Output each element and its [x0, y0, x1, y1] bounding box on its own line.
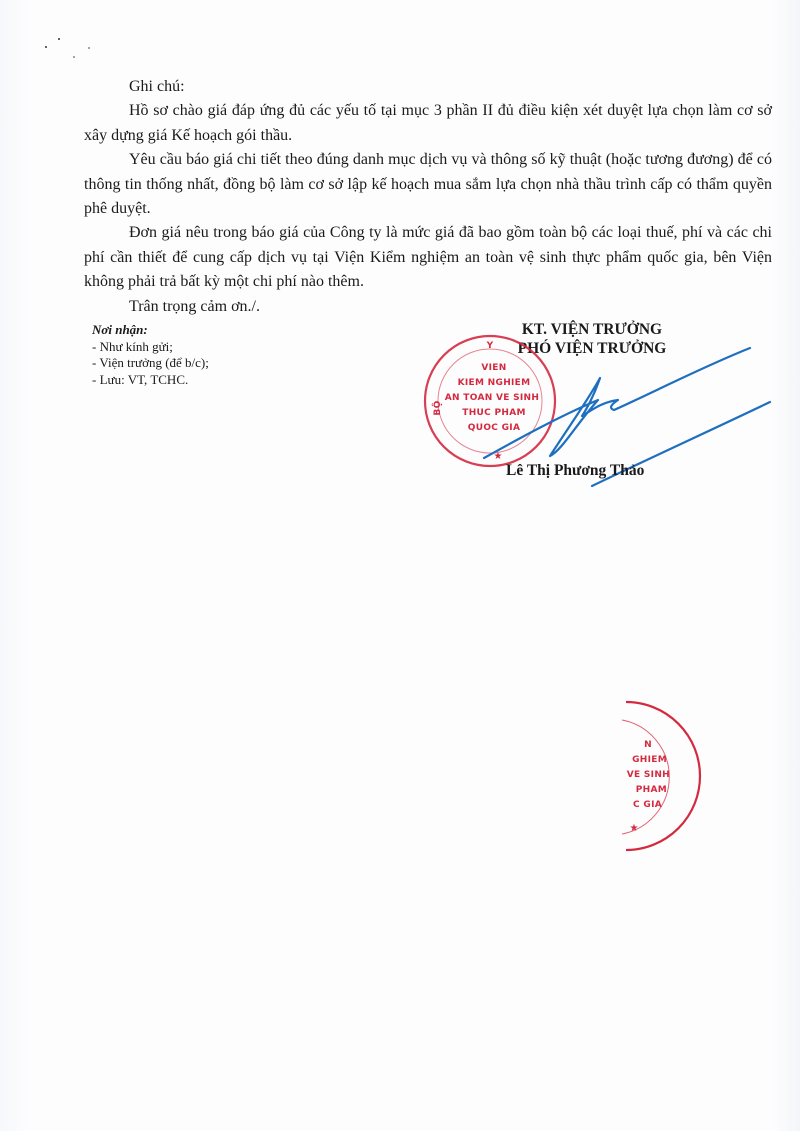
svg-text:VIEN: VIEN	[481, 363, 506, 373]
paragraph-quotation-request: Yêu cầu báo giá chi tiết theo đúng danh …	[84, 148, 772, 221]
paragraph-pricing: Đơn giá nêu trong báo giá của Công ty là…	[84, 221, 772, 294]
paragraph-eligibility: Hồ sơ chào giá đáp ứng đủ các yếu tố tại…	[84, 99, 772, 148]
note-title: Ghi chú:	[129, 75, 772, 99]
page-seal-stamp-icon: N GHIEM VE SINH PHAM C GIA ★	[600, 700, 710, 860]
signature-title-block: KT. VIỆN TRƯỞNG PHÓ VIỆN TRƯỞNG	[492, 320, 692, 358]
document-body: Ghi chú: Hồ sơ chào giá đáp ứng đủ các y…	[84, 75, 772, 319]
paragraph-closing: Trân trọng cảm ơn./.	[84, 295, 772, 319]
svg-text:PHAM: PHAM	[636, 785, 667, 795]
svg-text:BỘ: BỘ	[432, 400, 443, 415]
document-page: Ghi chú: Hồ sơ chào giá đáp ứng đủ các y…	[0, 0, 800, 1131]
recipient-item: - Lưu: VT, TCHC.	[92, 372, 209, 389]
svg-text:★: ★	[494, 451, 503, 462]
signature-title-line2: PHÓ VIỆN TRƯỞNG	[492, 339, 692, 358]
svg-text:VE SINH: VE SINH	[627, 770, 670, 780]
svg-text:KIEM NGHIEM: KIEM NGHIEM	[458, 378, 531, 388]
svg-text:THUC PHAM: THUC PHAM	[462, 408, 525, 418]
recipient-item: - Viện trưởng (để b/c);	[92, 355, 209, 372]
recipients-title: Nơi nhận:	[92, 322, 209, 339]
signature-title-line1: KT. VIỆN TRƯỞNG	[492, 320, 692, 339]
svg-text:N: N	[644, 740, 652, 750]
svg-text:GHIEM: GHIEM	[632, 755, 667, 765]
svg-text:QUOC GIA: QUOC GIA	[468, 423, 520, 433]
svg-text:C GIA: C GIA	[633, 800, 662, 810]
signer-name: Lê Thị Phương Thảo	[506, 462, 644, 480]
scan-artifact	[40, 30, 100, 60]
recipient-item: - Như kính gửi;	[92, 339, 209, 356]
svg-text:★: ★	[630, 823, 639, 834]
svg-text:AN TOAN VE SINH: AN TOAN VE SINH	[445, 393, 539, 403]
recipients-list: Nơi nhận: - Như kính gửi; - Viện trưởng …	[92, 322, 209, 388]
